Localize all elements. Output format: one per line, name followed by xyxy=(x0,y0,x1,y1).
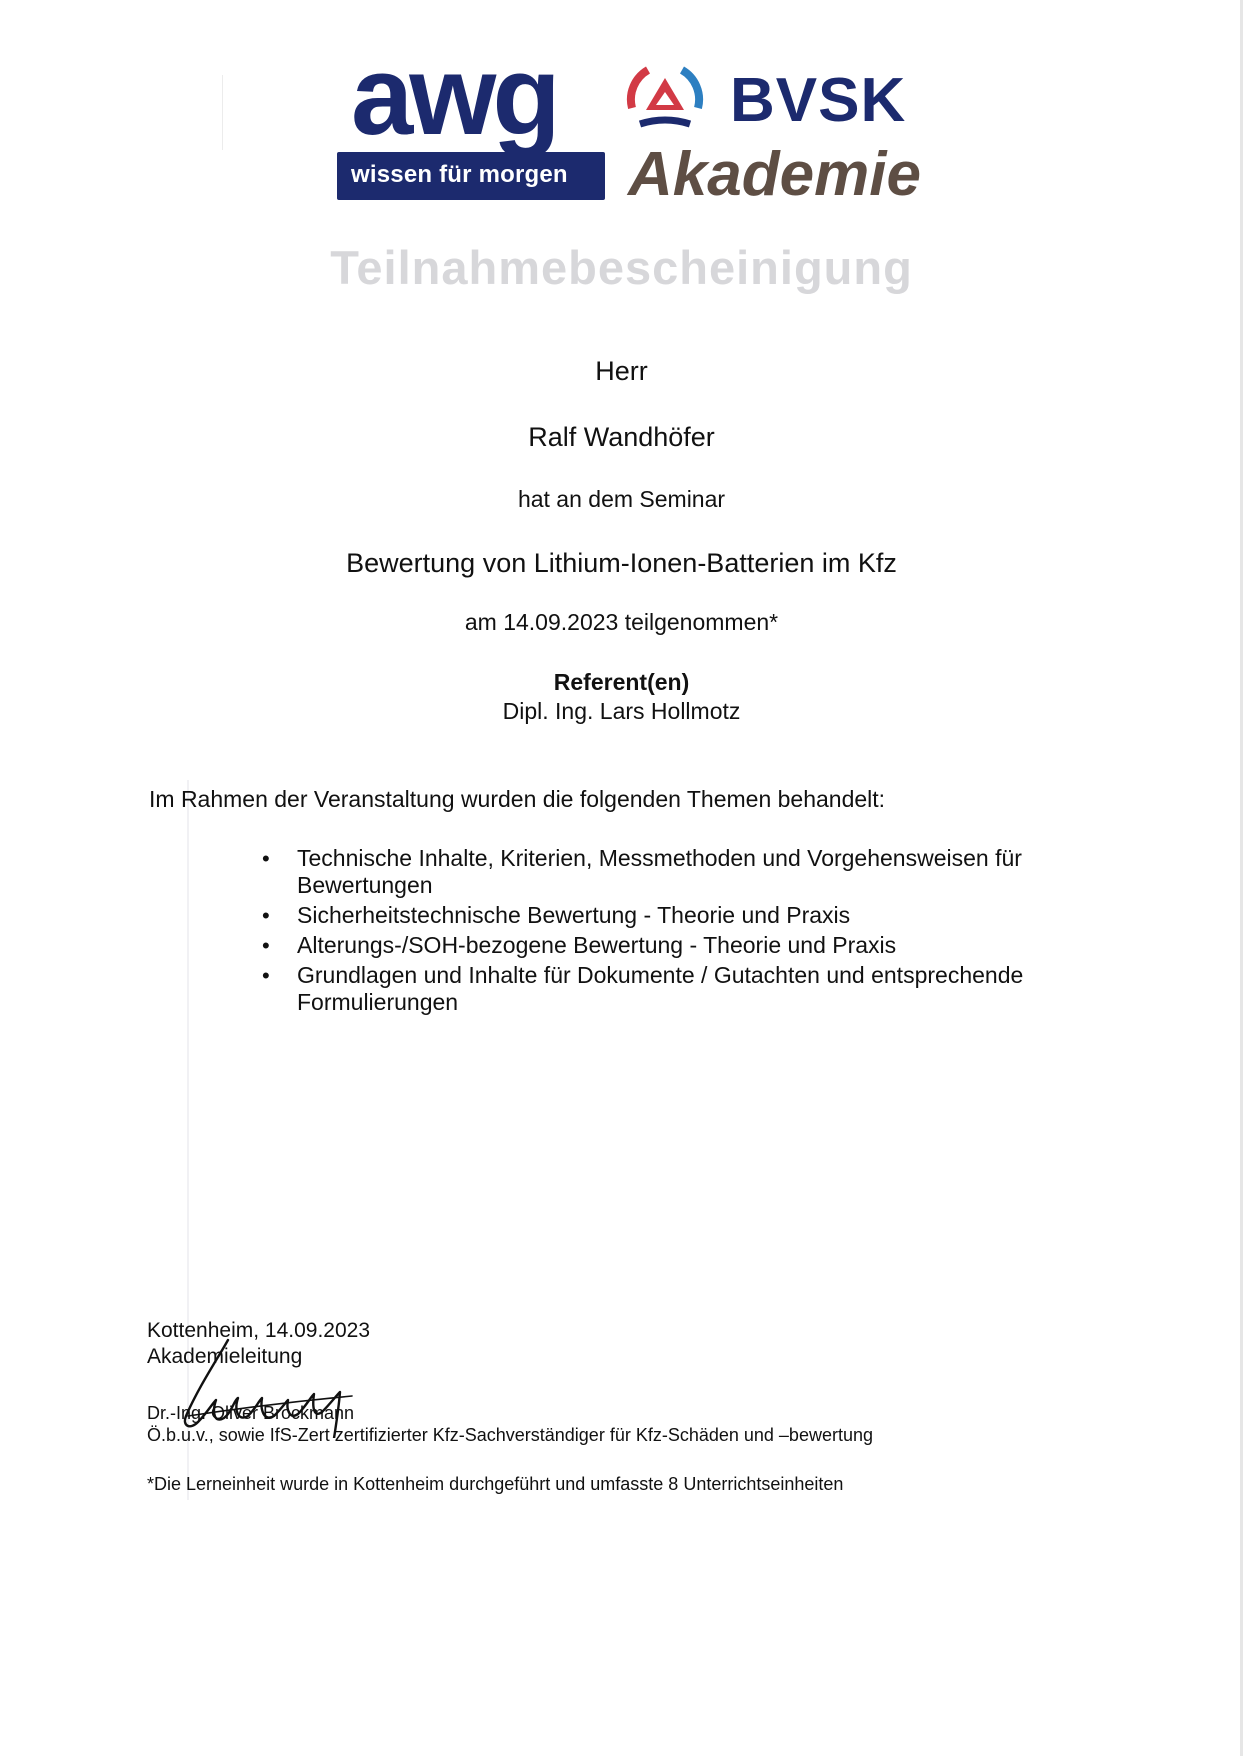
topics-list: • Technische Inhalte, Kriterien, Messmet… xyxy=(262,845,1102,1019)
seminar-title: Bewertung von Lithium-Ionen-Batterien im… xyxy=(0,548,1243,579)
bullet-icon: • xyxy=(262,962,270,989)
topics-intro: Im Rahmen der Veranstaltung wurden die f… xyxy=(149,786,885,813)
topic-text: Alterungs-/SOH-bezogene Bewertung - Theo… xyxy=(297,932,896,958)
bvsk-triangle-icon xyxy=(626,64,704,136)
bullet-icon: • xyxy=(262,902,270,929)
signer-name: Dr.-Ing. Oliver Brockmann xyxy=(147,1403,354,1424)
awg-logo: awg wissen für morgen xyxy=(337,58,605,200)
salutation: Herr xyxy=(0,356,1243,387)
document-title: Teilnahmebescheinigung xyxy=(0,240,1243,295)
topic-item: • Technische Inhalte, Kriterien, Messmet… xyxy=(262,845,1102,899)
topic-text-continued: Bewertungen xyxy=(297,872,433,898)
participation-intro: hat an dem Seminar xyxy=(0,486,1243,513)
topic-text: Grundlagen und Inhalte für Dokumente / G… xyxy=(297,962,1023,988)
topic-item: • Alterungs-/SOH-bezogene Bewertung - Th… xyxy=(262,932,1102,959)
topic-text: Technische Inhalte, Kriterien, Messmetho… xyxy=(297,845,1022,871)
scan-artifact-line xyxy=(222,75,223,150)
signer-title: Ö.b.u.v., sowie IfS-Zert zertifizierter … xyxy=(147,1425,873,1446)
participation-date: am 14.09.2023 teilgenommen* xyxy=(0,609,1243,636)
referent-name: Dipl. Ing. Lars Hollmotz xyxy=(0,698,1243,725)
topic-item: • Grundlagen und Inhalte für Dokumente /… xyxy=(262,962,1102,1016)
bvsk-akademie-label: Akademie xyxy=(628,144,921,206)
topic-item: • Sicherheitstechnische Bewertung - Theo… xyxy=(262,902,1102,929)
footnote: *Die Lerneinheit wurde in Kottenheim dur… xyxy=(147,1474,843,1495)
topic-text-continued: Formulierungen xyxy=(297,989,458,1015)
bvsk-logo: BVSK Akademie xyxy=(626,60,906,210)
topic-text: Sicherheitstechnische Bewertung - Theori… xyxy=(297,902,850,928)
awg-wordmark: awg xyxy=(351,40,557,152)
bullet-icon: • xyxy=(262,845,270,872)
referent-label: Referent(en) xyxy=(0,669,1243,696)
bvsk-wordmark: BVSK xyxy=(730,70,906,132)
awg-tagline: wissen für morgen xyxy=(351,161,568,189)
recipient-name: Ralf Wandhöfer xyxy=(0,422,1243,453)
bullet-icon: • xyxy=(262,932,270,959)
